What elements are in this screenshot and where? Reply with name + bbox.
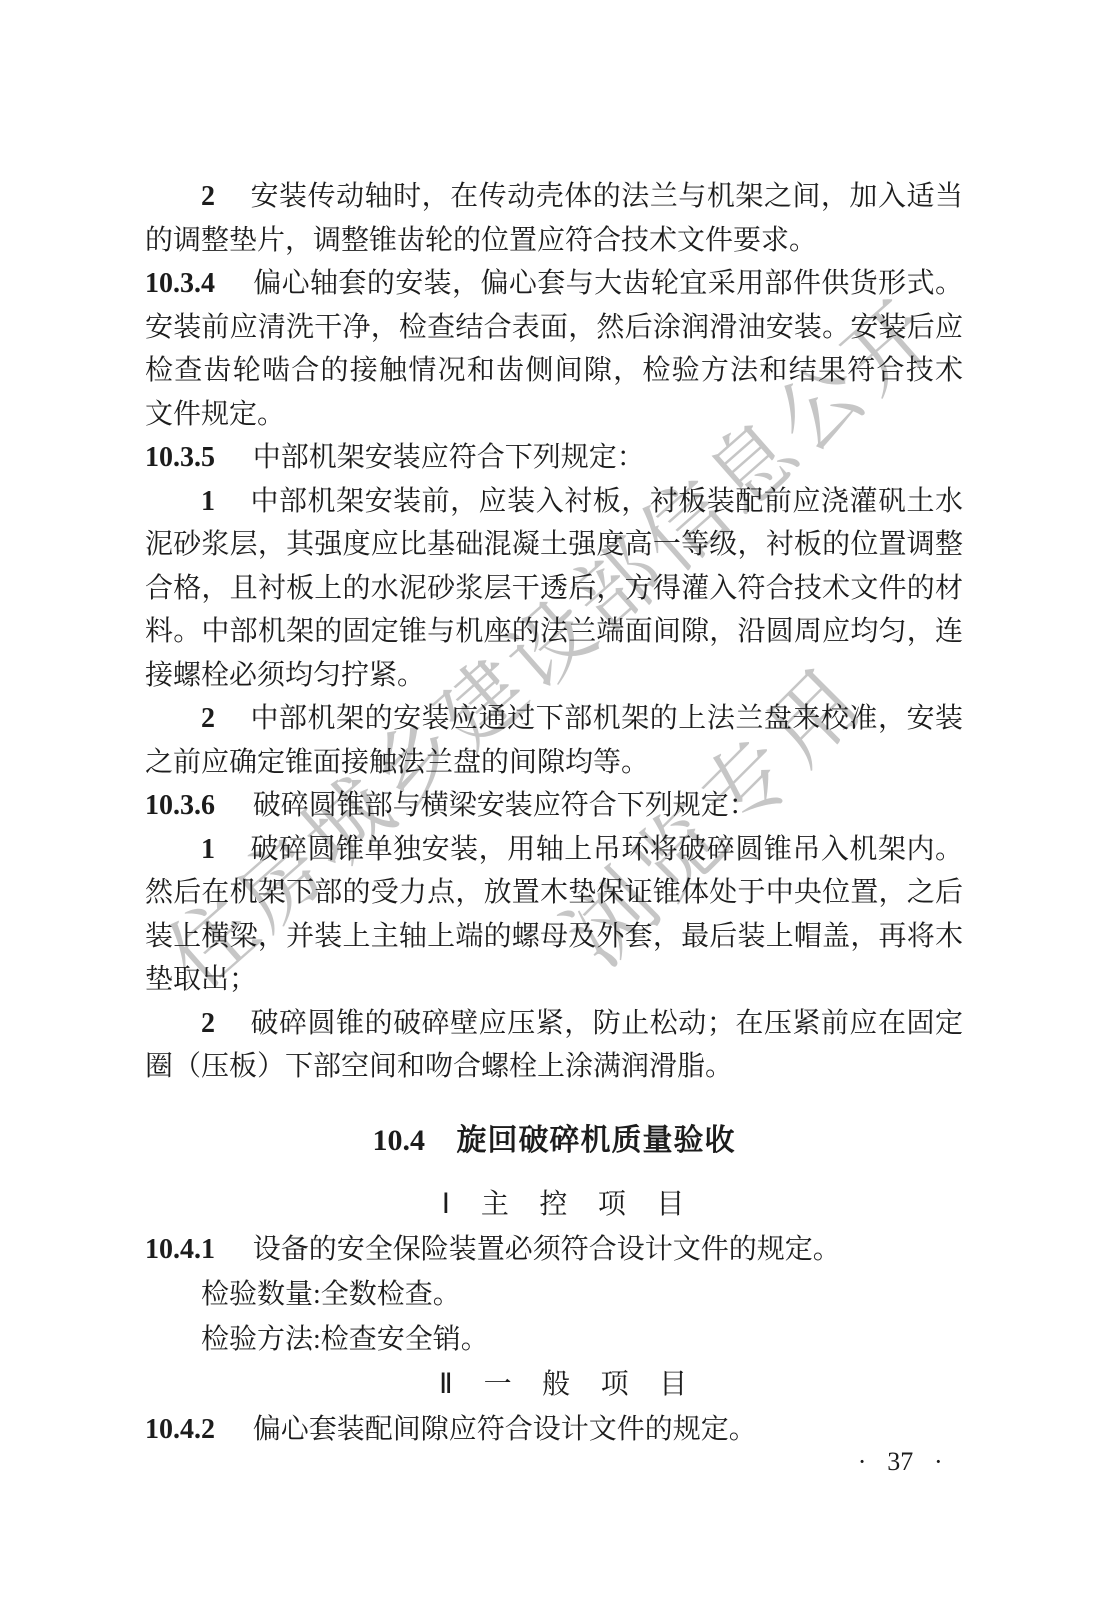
body-line: 检验方法:检查安全销。: [145, 1317, 963, 1362]
line-text: 偏心轴套的安装，偏心套与大齿轮宜采用部件供货形式。: [253, 268, 963, 299]
clause-number: 1: [201, 834, 215, 865]
body-line: 检查齿轮啮合的接触情况和齿侧间隙，检验方法和结果符合技术: [145, 349, 963, 393]
list-item-line: 2中部机架的安装应通过下部机架的上法兰盘来校准，安装: [145, 697, 963, 741]
footer-left-dot: ·: [858, 1447, 867, 1476]
line-text: 设备的安全保险装置必须符合设计文件的规定。: [253, 1234, 841, 1265]
line-text: 偏心套装配间隙应符合设计文件的规定。: [253, 1414, 757, 1445]
line-text: 破碎圆锥的破碎壁应压紧，防止松动；在压紧前应在固定: [250, 1008, 963, 1039]
line-text: 一 般 项 目: [484, 1369, 699, 1400]
section-heading-number: 10.4: [373, 1124, 426, 1157]
clause-line: 10.3.5中部机架安装应符合下列规定：: [145, 436, 963, 480]
body-text-block: 2安装传动轴时，在传动壳体的法兰与机架之间，加入适当的调整垫片，调整锥齿轮的位置…: [145, 175, 963, 1089]
clause-number: 2: [201, 703, 215, 734]
line-text: 合格，且衬板上的水泥砂浆层干透后，方得灌入符合技术文件的材: [145, 573, 963, 604]
clause-line: 10.3.4偏心轴套的安装，偏心套与大齿轮宜采用部件供货形式。: [145, 262, 963, 306]
clause-line: 10.4.1设备的安全保险装置必须符合设计文件的规定。: [145, 1227, 963, 1272]
clause-number: 10.3.4: [145, 268, 215, 299]
clause-number: 10.4.2: [145, 1414, 215, 1445]
line-text: 然后在机架下部的受力点，放置木垫保证锥体处于中央位置，之后: [145, 877, 963, 908]
line-text: 圈（压板）下部空间和吻合螺栓上涂满润滑脂。: [145, 1051, 733, 1082]
line-text: 中部机架安装应符合下列规定：: [253, 442, 645, 473]
body-line: 料。中部机架的固定锥与机座的法兰端面间隙，沿圆周应均匀，连: [145, 610, 963, 654]
page-number: 37: [887, 1447, 913, 1476]
line-text: 装上横梁，并装上主轴上端的螺母及外套，最后装上帽盖，再将木: [145, 921, 963, 952]
body-line: 之前应确定锥面接触法兰盘的间隙均等。: [145, 741, 963, 785]
line-text: 中部机架安装前，应装入衬板，衬板装配前应浇灌矾土水: [250, 486, 963, 517]
page-footer: · 37 ·: [145, 1447, 957, 1477]
body-line: 文件规定。: [145, 393, 963, 437]
line-text: 接螺栓必须均匀拧紧。: [145, 660, 425, 691]
line-text: 主 控 项 目: [481, 1189, 696, 1220]
line-text: 垫取出；: [145, 964, 257, 995]
body-line: 然后在机架下部的受力点，放置木垫保证锥体处于中央位置，之后: [145, 871, 963, 915]
footer-right-dot: ·: [934, 1447, 943, 1476]
line-text: 破碎圆锥部与横梁安装应符合下列规定：: [253, 790, 757, 821]
clause-number: 2: [201, 1008, 215, 1039]
body-line: 的调整垫片，调整锥齿轮的位置应符合技术文件要求。: [145, 219, 963, 263]
subheading-numeral: Ⅱ: [439, 1369, 453, 1400]
body-line: 垫取出；: [145, 958, 963, 1002]
clause-line: 10.3.6破碎圆锥部与横梁安装应符合下列规定：: [145, 784, 963, 828]
list-item-line: 1破碎圆锥单独安装，用轴上吊环将破碎圆锥吊入机架内。: [145, 828, 963, 872]
section-heading: 10.4 旋回破碎机质量验收: [145, 1119, 963, 1163]
line-text: 安装前应清洗干净，检查结合表面，然后涂润滑油安装。安装后应: [145, 312, 963, 343]
subheading-line: Ⅰ主 控 项 目: [160, 1182, 978, 1227]
body-line: 接螺栓必须均匀拧紧。: [145, 654, 963, 698]
line-text: 中部机架的安装应通过下部机架的上法兰盘来校准，安装: [250, 703, 963, 734]
subheading-line: Ⅱ一 般 项 目: [160, 1362, 978, 1407]
clause-number: 1: [201, 486, 215, 517]
body-line: 泥砂浆层，其强度应比基础混凝土强度高一等级，衬板的位置调整: [145, 523, 963, 567]
clause-number: 2: [201, 181, 215, 212]
subheading-numeral: Ⅰ: [442, 1189, 450, 1220]
line-text: 检验方法:检查安全销。: [201, 1324, 489, 1355]
line-text: 破碎圆锥单独安装，用轴上吊环将破碎圆锥吊入机架内。: [250, 834, 963, 865]
body-line: 合格，且衬板上的水泥砂浆层干透后，方得灌入符合技术文件的材: [145, 567, 963, 611]
line-text: 之前应确定锥面接触法兰盘的间隙均等。: [145, 747, 649, 778]
acceptance-items-block: Ⅰ主 控 项 目10.4.1设备的安全保险装置必须符合设计文件的规定。检验数量:…: [145, 1182, 963, 1452]
line-text: 泥砂浆层，其强度应比基础混凝土强度高一等级，衬板的位置调整: [145, 529, 963, 560]
document-page: 住房城乡建设部信息公开 浏览专用 2安装传动轴时，在传动壳体的法兰与机架之间，加…: [0, 0, 1102, 1598]
body-line: 安装前应清洗干净，检查结合表面，然后涂润滑油安装。安装后应: [145, 306, 963, 350]
line-text: 安装传动轴时，在传动壳体的法兰与机架之间，加入适当: [250, 181, 963, 212]
list-item-line: 1中部机架安装前，应装入衬板，衬板装配前应浇灌矾土水: [145, 480, 963, 524]
line-text: 料。中部机架的固定锥与机座的法兰端面间隙，沿圆周应均匀，连: [145, 616, 963, 647]
clause-line: 10.4.2偏心套装配间隙应符合设计文件的规定。: [145, 1407, 963, 1452]
line-text: 文件规定。: [145, 399, 285, 430]
body-line: 圈（压板）下部空间和吻合螺栓上涂满润滑脂。: [145, 1045, 963, 1089]
body-line: 检验数量:全数检查。: [145, 1272, 963, 1317]
clause-number: 10.4.1: [145, 1234, 215, 1265]
list-item-line: 2破碎圆锥的破碎壁应压紧，防止松动；在压紧前应在固定: [145, 1002, 963, 1046]
line-text: 检查齿轮啮合的接触情况和齿侧间隙，检验方法和结果符合技术: [145, 355, 963, 386]
list-item-line: 2安装传动轴时，在传动壳体的法兰与机架之间，加入适当: [145, 175, 963, 219]
line-text: 的调整垫片，调整锥齿轮的位置应符合技术文件要求。: [145, 225, 817, 256]
section-heading-title: 旋回破碎机质量验收: [457, 1124, 736, 1157]
clause-number: 10.3.6: [145, 790, 215, 821]
line-text: 检验数量:全数检查。: [201, 1279, 461, 1310]
body-line: 装上横梁，并装上主轴上端的螺母及外套，最后装上帽盖，再将木: [145, 915, 963, 959]
clause-number: 10.3.5: [145, 442, 215, 473]
